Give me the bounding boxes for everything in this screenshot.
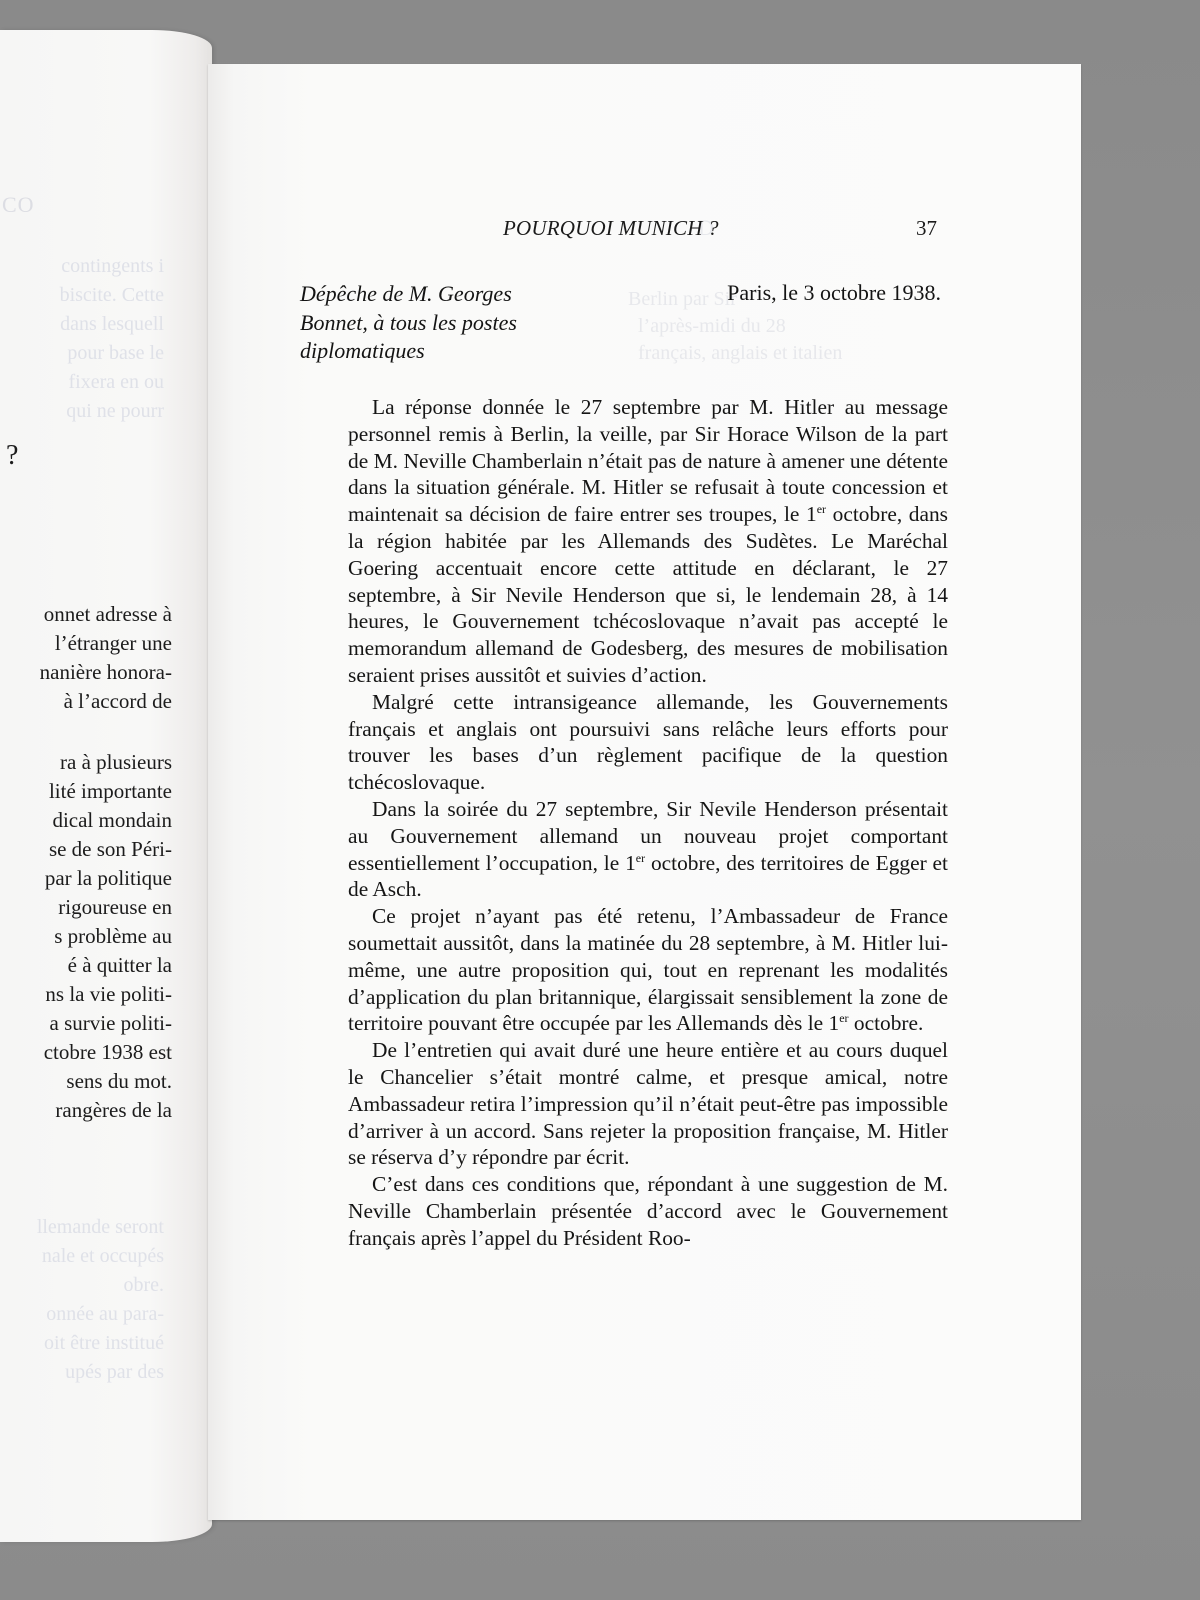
bleed-through-text: llemande seront: [37, 1213, 164, 1241]
left-text-line: é à quitter la: [68, 951, 172, 979]
left-text-line: a survie politi-: [50, 1009, 172, 1037]
left-text-line: rigoureuse en: [58, 893, 172, 921]
left-text-line: lité importante: [49, 777, 172, 805]
bleed-through-text: obre.: [123, 1271, 164, 1299]
left-text-line: dical mondain: [52, 806, 172, 834]
paragraph: De l’entretien qui avait duré une heure …: [348, 1037, 948, 1171]
paragraph: La réponse donnée le 27 septembre par M.…: [348, 394, 948, 689]
bleed-through-text: nale et occupés: [42, 1242, 164, 1270]
paragraph: Dans la soirée du 27 septembre, Sir Nevi…: [348, 796, 948, 903]
left-text-line: l’étranger une: [55, 629, 172, 657]
left-text-line: ns la vie politi-: [45, 980, 172, 1008]
left-page-heading-fragment: ?: [6, 440, 18, 472]
left-text-line: se de son Péri-: [49, 835, 172, 863]
bleed-through-text: qui ne pourr: [66, 397, 164, 425]
body-text: La réponse donnée le 27 septembre par M.…: [348, 394, 948, 1252]
left-page: CO contingents i biscite. Cette dans les…: [0, 30, 212, 1542]
bleed-through-text: dans lesquell: [60, 310, 164, 338]
bleed-through-text: pour base le: [67, 339, 164, 367]
left-text-line: sens du mot.: [66, 1067, 172, 1095]
bleed-through-text: oit être institué: [44, 1329, 164, 1357]
dispatch-title-line: Bonnet, à tous les postes: [300, 309, 517, 338]
bleed-through-text: Berlin par Sir: [628, 286, 737, 313]
bleed-through-text: contingents i: [61, 252, 164, 280]
bleed-through-text: l’après-midi du 28: [638, 313, 786, 340]
dispatch-title-line: diplomatiques: [300, 337, 517, 366]
bleed-through-text: onnée au para-: [46, 1300, 164, 1328]
left-text-line: par la politique: [45, 864, 172, 892]
left-text-line: nanière honora-: [40, 658, 172, 686]
left-text-line: s problème au: [54, 922, 172, 950]
left-text-line: ra à plusieurs: [60, 748, 172, 776]
left-text-line: ctobre 1938 est: [44, 1038, 172, 1066]
paragraph: C’est dans ces conditions que, répondant…: [348, 1171, 948, 1251]
dispatch-title-line: Dépêche de M. Georges: [300, 280, 517, 309]
dispatch-title: Dépêche de M. Georges Bonnet, à tous les…: [300, 280, 517, 366]
right-page: D Berlin par Sir l’après-midi du 28 fran…: [208, 64, 1081, 1520]
dateline: Paris, le 3 octobre 1938.: [727, 280, 941, 306]
left-page-bleed-through-header: CO: [2, 192, 35, 218]
running-head: POURQUOI MUNICH ?: [503, 216, 719, 241]
paragraph: Malgré cette intransigeance allemande, l…: [348, 689, 948, 796]
page-number: 37: [916, 216, 937, 241]
bleed-through-text: français, anglais et italien: [638, 340, 842, 367]
bleed-through-text: fixera en ou: [68, 368, 164, 396]
bleed-through-text: upés par des: [65, 1358, 164, 1386]
bleed-through-text: biscite. Cette: [60, 281, 164, 309]
left-text-line: onnet adresse à: [44, 600, 172, 628]
paragraph: Ce projet n’ayant pas été retenu, l’Amba…: [348, 903, 948, 1037]
left-text-line: à l’accord de: [64, 687, 172, 715]
left-text-line: rangères de la: [55, 1096, 172, 1124]
